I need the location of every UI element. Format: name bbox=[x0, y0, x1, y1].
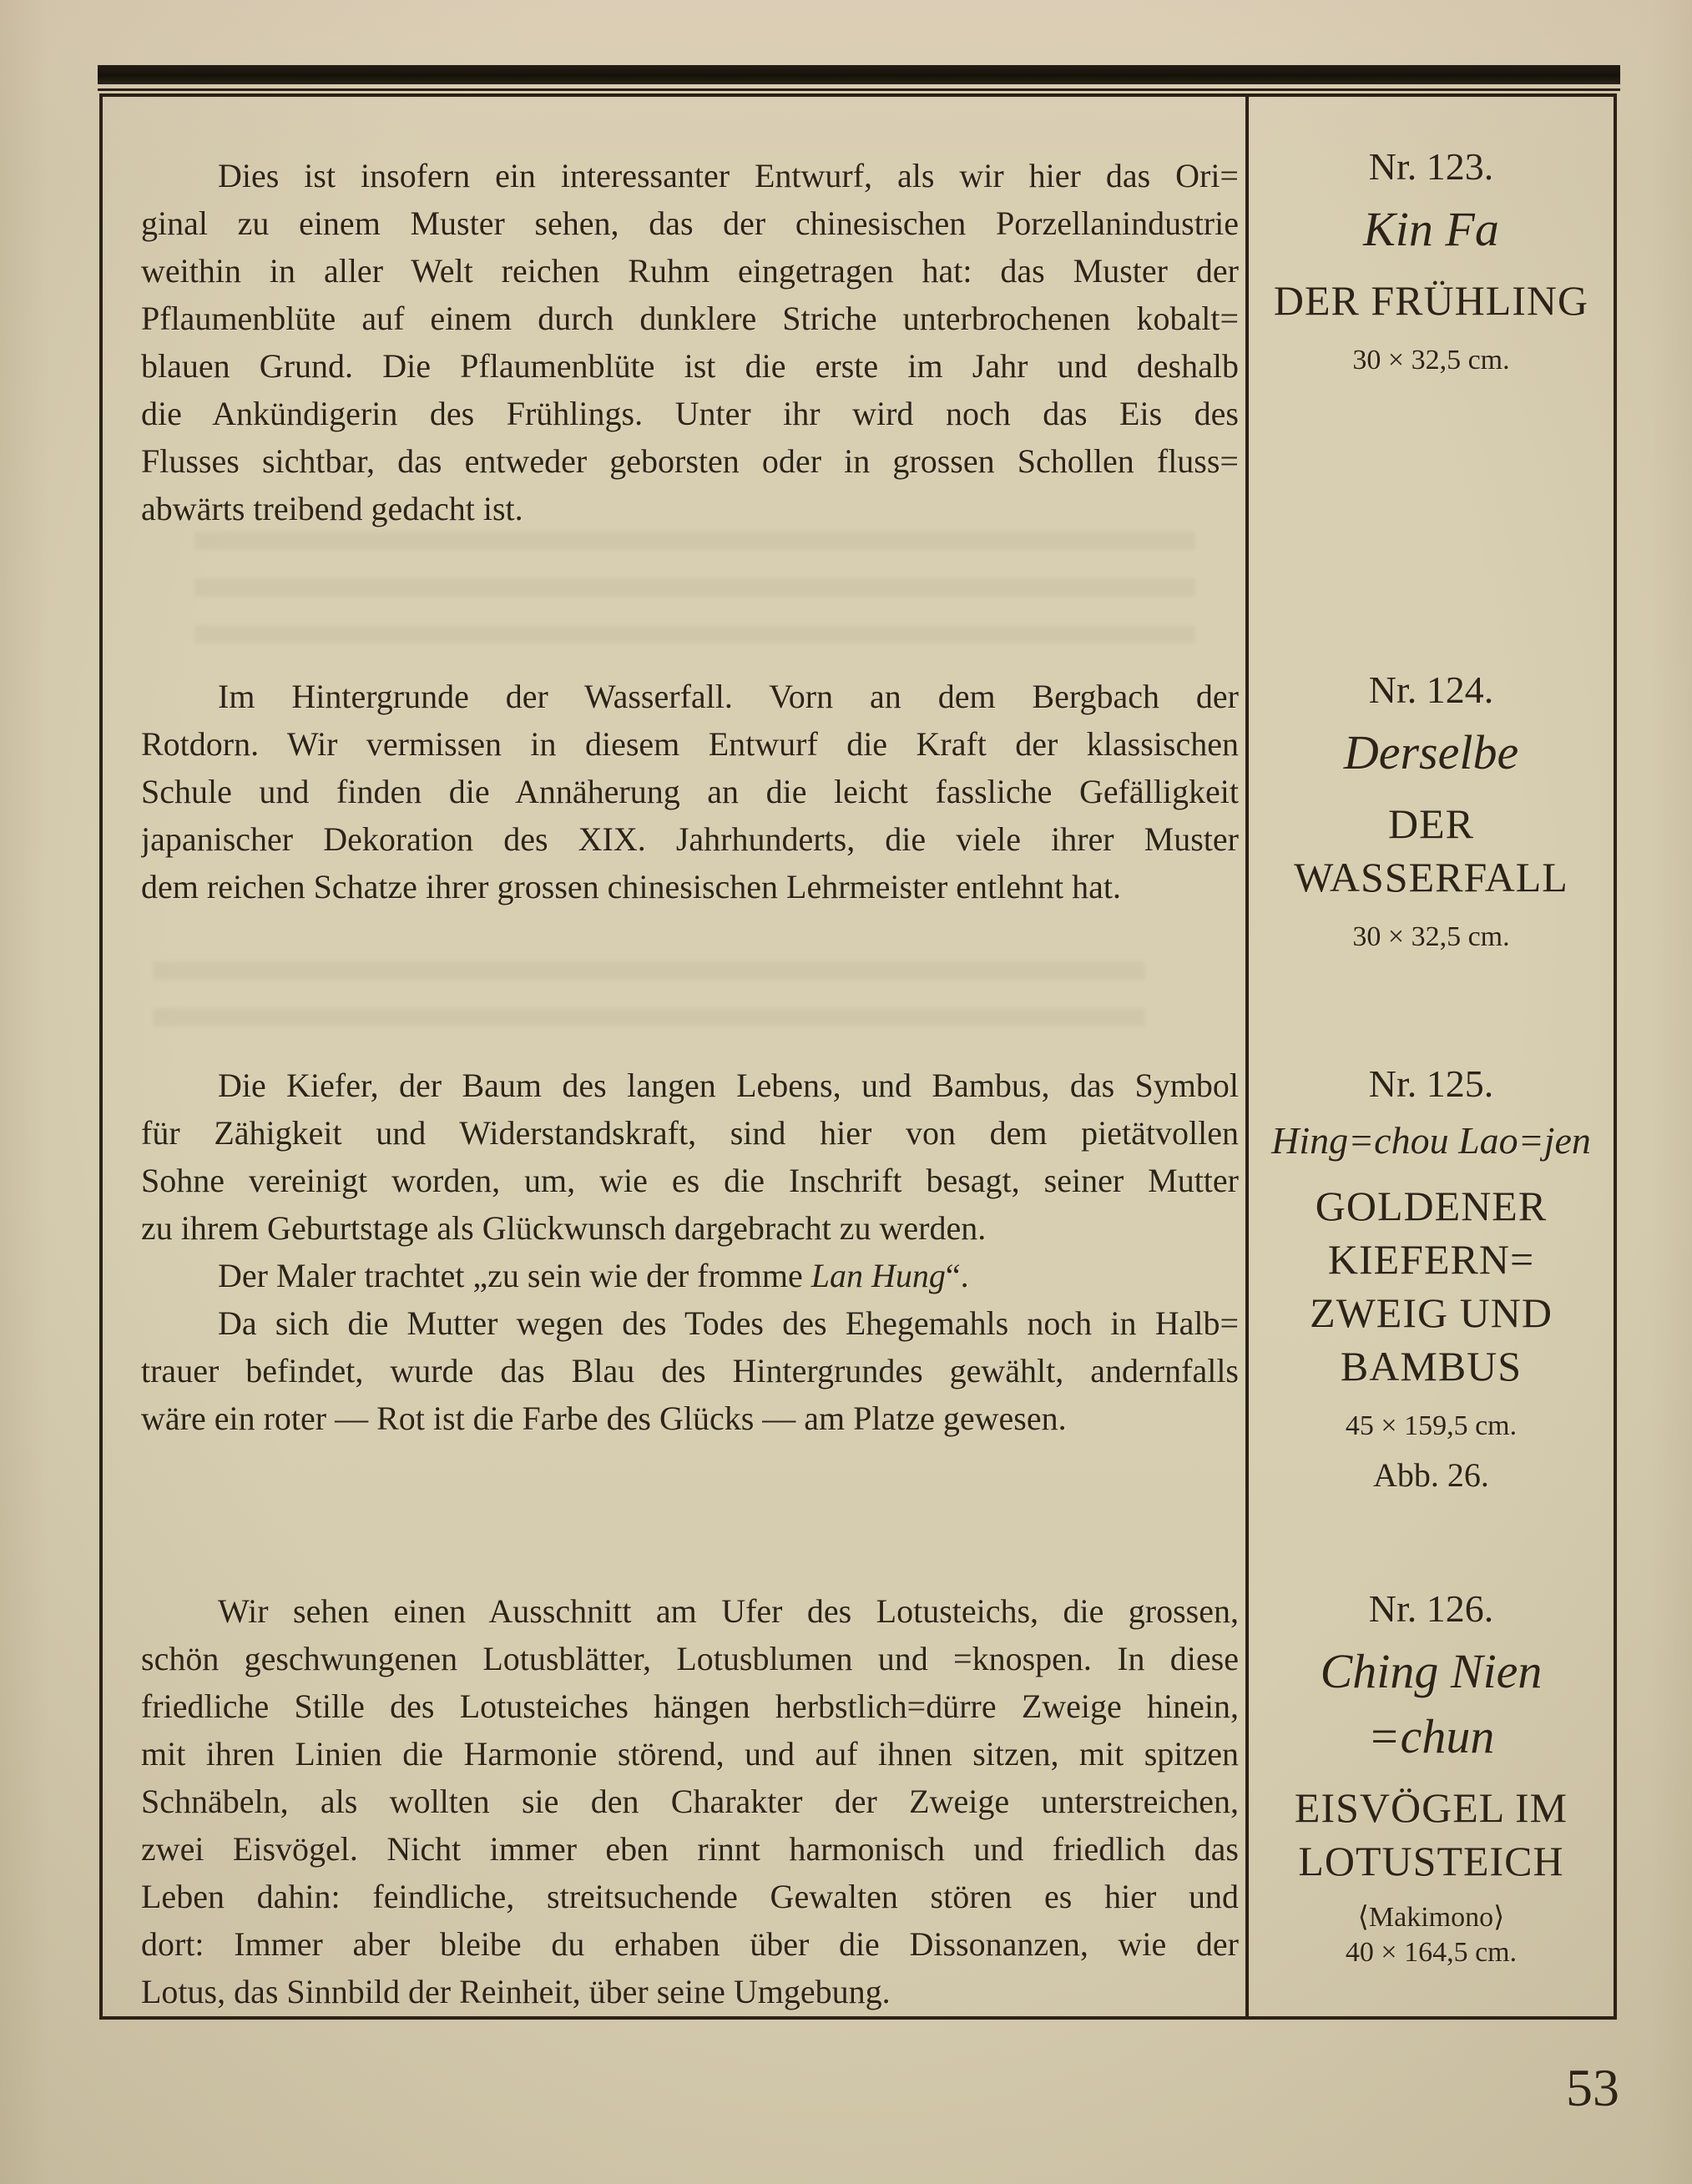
format-note: ⟨Makimono⟩ bbox=[1254, 1899, 1609, 1936]
work-title: ZWEIG UND bbox=[1254, 1286, 1609, 1339]
text-line: schön geschwungenen Lotusblätter, Lotusb… bbox=[141, 1635, 1239, 1682]
text-line: mit ihren Linien die Harmonie störend, u… bbox=[141, 1730, 1239, 1778]
text-line: ginal zu einem Muster sehen, das der chi… bbox=[141, 199, 1239, 247]
catalog-entry: Nr. 124.DerselbeDERWASSERFALL30 × 32,5 c… bbox=[1249, 668, 1614, 954]
dimensions: 45 × 159,5 cm. bbox=[1254, 1410, 1609, 1443]
figure-reference: Abb. 26. bbox=[1254, 1456, 1609, 1495]
text-segment: “. bbox=[946, 1257, 969, 1294]
page-number: 53 bbox=[1515, 2061, 1619, 2115]
text-line: Die Kiefer, der Baum des langen Lebens, … bbox=[141, 1062, 1239, 1109]
book-page: Dies ist insofern ein interessanter Entw… bbox=[0, 0, 1692, 2184]
text-line: abwärts treibend gedacht ist. bbox=[141, 485, 1239, 532]
text-line: Wir sehen einen Ausschnitt am Ufer des L… bbox=[141, 1587, 1239, 1635]
text-line: Lotus, das Sinnbild der Reinheit, über s… bbox=[141, 1968, 1239, 2015]
top-rule-thin bbox=[98, 88, 1620, 91]
text-line: für Zähigkeit und Widerstandskraft, sind… bbox=[141, 1109, 1239, 1157]
artist-name: Hing=chou Lao=jen bbox=[1254, 1114, 1609, 1168]
catalog-column: Nr. 123.Kin FaDER FRÜHLING30 × 32,5 cm.N… bbox=[1245, 97, 1614, 2016]
text-line: Schule und finden die Annäherung an die … bbox=[141, 768, 1239, 815]
text-line: trauer befindet, wurde das Blau des Hint… bbox=[141, 1347, 1239, 1395]
text-line: Rotdorn. Wir vermissen in diesem Entwurf… bbox=[141, 720, 1239, 768]
paragraph: Im Hintergrunde der Wasserfall. Vorn an … bbox=[141, 673, 1239, 910]
catalog-number: Nr. 123. bbox=[1254, 145, 1609, 189]
work-title: WASSERFALL bbox=[1254, 850, 1609, 904]
text-line: Da sich die Mutter wegen des Todes des E… bbox=[141, 1299, 1239, 1347]
catalog-entry: Nr. 125.Hing=chou Lao=jenGOLDENERKIEFERN… bbox=[1249, 1062, 1614, 1495]
artist-name: Ching Nien bbox=[1254, 1639, 1609, 1704]
catalog-number: Nr. 126. bbox=[1254, 1587, 1609, 1631]
text-line: zu ihrem Geburtstage als Glückwunsch dar… bbox=[141, 1204, 1239, 1252]
work-title: KIEFERN= bbox=[1254, 1233, 1609, 1286]
artist-name: =chun bbox=[1254, 1704, 1609, 1769]
text-line: die Ankündigerin des Frühlings. Unter ih… bbox=[141, 390, 1239, 437]
text-line: Im Hintergrunde der Wasserfall. Vorn an … bbox=[141, 673, 1239, 720]
catalog-number: Nr. 124. bbox=[1254, 668, 1609, 712]
text-line: Pflaumenblüte auf einem durch dunklere S… bbox=[141, 295, 1239, 342]
text-line: blauen Grund. Die Pflaumenblüte ist die … bbox=[141, 342, 1239, 390]
text-line: wäre ein roter — Rot ist die Farbe des G… bbox=[141, 1395, 1239, 1442]
work-title: DER bbox=[1254, 797, 1609, 850]
text-line: friedliche Stille des Lotusteiches hänge… bbox=[141, 1682, 1239, 1730]
work-title: DER FRÜHLING bbox=[1254, 274, 1609, 327]
text-line: Der Maler trachtet „zu sein wie der from… bbox=[141, 1252, 1239, 1299]
text-line: Leben dahin: feindliche, streitsuchende … bbox=[141, 1873, 1239, 1920]
text-line: dort: Immer aber bleibe du erhaben über … bbox=[141, 1920, 1239, 1968]
catalog-number: Nr. 125. bbox=[1254, 1062, 1609, 1106]
show-through-smudge bbox=[194, 518, 1195, 643]
dimensions: 30 × 32,5 cm. bbox=[1254, 921, 1609, 954]
artist-name-inline: Lan Hung bbox=[811, 1257, 946, 1294]
text-line: dem reichen Schatze ihrer grossen chines… bbox=[141, 863, 1239, 910]
top-rule-bar bbox=[98, 65, 1620, 84]
text-line: Flusses sichtbar, das entweder geborsten… bbox=[141, 437, 1239, 485]
work-title: BAMBUS bbox=[1254, 1339, 1609, 1393]
text-line: Sohne vereinigt worden, um, wie es die I… bbox=[141, 1157, 1239, 1204]
text-line: Dies ist insofern ein interessanter Entw… bbox=[141, 152, 1239, 199]
page-frame: Dies ist insofern ein interessanter Entw… bbox=[99, 93, 1617, 2020]
text-line: weithin in aller Welt reichen Ruhm einge… bbox=[141, 247, 1239, 295]
paragraph: Wir sehen einen Ausschnitt am Ufer des L… bbox=[141, 1587, 1239, 2015]
text-line: japanischer Dekoration des XIX. Jahrhund… bbox=[141, 815, 1239, 863]
artist-name: Derselbe bbox=[1254, 720, 1609, 785]
catalog-entry: Nr. 126.Ching Nien=chunEISVÖGEL IMLOTUST… bbox=[1249, 1587, 1614, 1970]
work-title: GOLDENER bbox=[1254, 1179, 1609, 1233]
show-through-smudge bbox=[153, 948, 1145, 1031]
catalog-entry: Nr. 123.Kin FaDER FRÜHLING30 × 32,5 cm. bbox=[1249, 145, 1614, 377]
work-title: LOTUSTEICH bbox=[1254, 1834, 1609, 1888]
artist-name: Kin Fa bbox=[1254, 197, 1609, 262]
text-column: Dies ist insofern ein interessanter Entw… bbox=[103, 97, 1245, 2016]
paragraph: Die Kiefer, der Baum des langen Lebens, … bbox=[141, 1062, 1239, 1442]
dimensions: 30 × 32,5 cm. bbox=[1254, 344, 1609, 377]
work-title: EISVÖGEL IM bbox=[1254, 1781, 1609, 1834]
dimensions: 40 × 164,5 cm. bbox=[1254, 1936, 1609, 1970]
paragraph: Dies ist insofern ein interessanter Entw… bbox=[141, 152, 1239, 532]
text-segment: Der Maler trachtet „zu sein wie der from… bbox=[218, 1257, 811, 1294]
text-line: Schnäbeln, als wollten sie den Charakter… bbox=[141, 1778, 1239, 1825]
text-line: zwei Eisvögel. Nicht immer eben rinnt ha… bbox=[141, 1825, 1239, 1873]
